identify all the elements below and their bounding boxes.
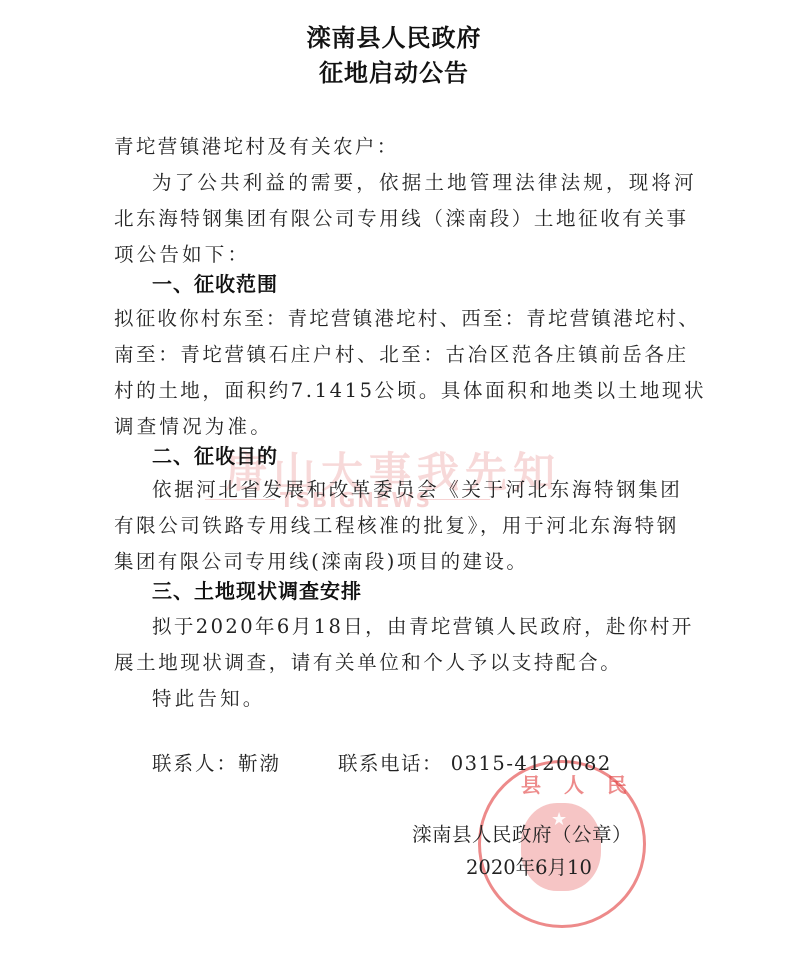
document-title-line2: 征地启动公告 (0, 53, 788, 88)
section-line: 展土地现状调查，请有关单位和个人予以支持配合。 (114, 647, 622, 675)
section-heading-survey: 三、土地现状调查安排 (152, 575, 362, 604)
section-line: 调查情况为准。 (114, 411, 273, 439)
intro-line: 北东海特钢集团有限公司专用线（滦南段）土地征收有关事 (114, 203, 689, 231)
intro-line: 项公告如下： (114, 239, 250, 267)
salutation: 青坨营镇港坨村及有关农户： (114, 131, 399, 159)
signature-date: 2020年6月10 (466, 852, 592, 880)
section-line: 依据河北省发展和改革委员会《关于河北东海特钢集团 (152, 474, 682, 502)
closing-text: 特此告知。 (152, 683, 266, 711)
contact-phone: 联系电话： 0315-4120082 (338, 748, 612, 776)
section-heading-purpose: 二、征收目的 (152, 440, 278, 469)
contact-person: 联系人：靳渤 (152, 748, 281, 776)
section-line: 拟于2020年6月18日，由青坨营镇人民政府，赴你村开 (152, 611, 694, 639)
section-heading-scope: 一、征收范围 (152, 268, 278, 297)
intro-line: 为了公共利益的需要，依据土地管理法律法规，现将河 (152, 167, 697, 195)
section-line: 村的土地，面积约7.1415公顷。具体面积和地类以土地现状 (114, 375, 706, 403)
section-line: 南至：青坨营镇石庄户村、北至：古冶区范各庄镇前岳各庄 (114, 339, 689, 367)
document-title-line1: 滦南县人民政府 (0, 18, 788, 53)
section-line: 集团有限公司专用线(滦南段)项目的建设。 (114, 546, 528, 574)
signature: 滦南县人民政府（公章） (412, 819, 632, 847)
section-line: 拟征收你村东至：青坨营镇港坨村、西至：青坨营镇港坨村、 (114, 303, 700, 331)
section-line: 有限公司铁路专用线工程核准的批复》，用于河北东海特钢 (114, 510, 679, 538)
